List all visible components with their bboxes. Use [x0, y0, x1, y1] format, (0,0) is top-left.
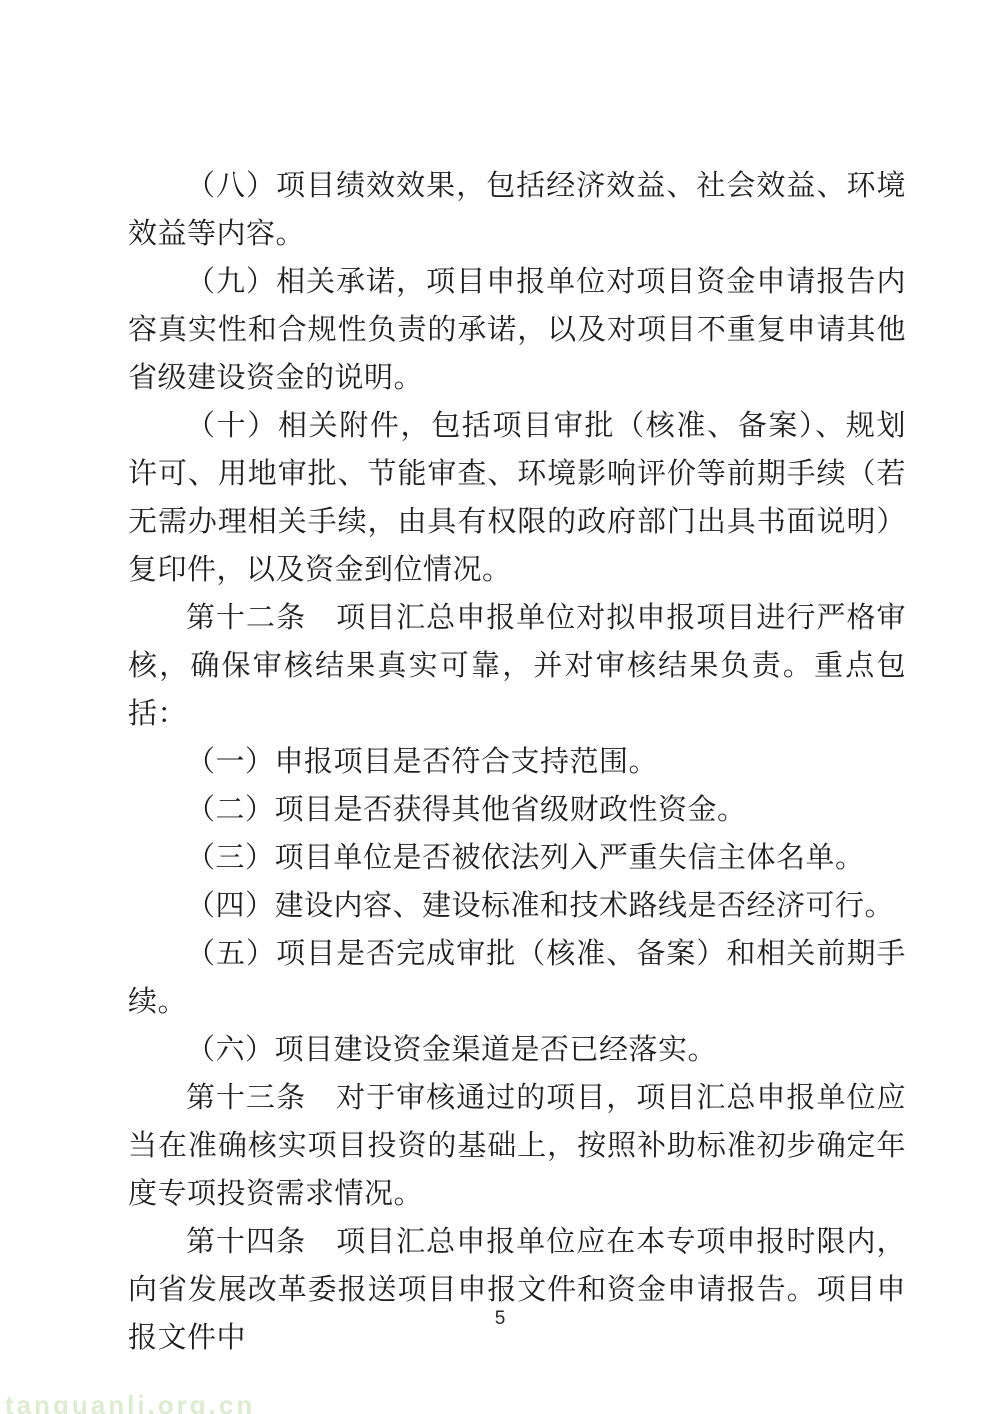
paragraph-list-item-6: （六）项目建设资金渠道是否已经落实。	[128, 1026, 906, 1074]
paragraph-list-item-4: （四）建设内容、建设标准和技术路线是否经济可行。	[128, 882, 906, 930]
paragraph-article-13: 第十三条 对于审核通过的项目，项目汇总申报单位应当在准确核实项目投资的基础上，按…	[128, 1074, 906, 1218]
document-page: （八）项目绩效效果，包括经济效益、社会效益、环境效益等内容。 （九）相关承诺，项…	[0, 0, 1000, 1414]
paragraph-item-10: （十）相关附件，包括项目审批（核准、备案）、规划许可、用地审批、节能审查、环境影…	[128, 402, 906, 594]
paragraph-article-14: 第十四条 项目汇总申报单位应在本专项申报时限内，向省发展改革委报送项目申报文件和…	[128, 1218, 906, 1362]
paragraph-list-item-2: （二）项目是否获得其他省级财政性资金。	[128, 786, 906, 834]
paragraph-item-9: （九）相关承诺，项目申报单位对项目资金申请报告内容真实性和合规性负责的承诺，以及…	[128, 258, 906, 402]
watermark: tanguanli.org.cn	[5, 1390, 255, 1414]
paragraph-item-8: （八）项目绩效效果，包括经济效益、社会效益、环境效益等内容。	[128, 162, 906, 258]
page-number: 5	[0, 1308, 1000, 1330]
paragraph-list-item-3: （三）项目单位是否被依法列入严重失信主体名单。	[128, 834, 906, 882]
paragraph-list-item-1: （一）申报项目是否符合支持范围。	[128, 738, 906, 786]
paragraph-article-12: 第十二条 项目汇总申报单位对拟申报项目进行严格审核，确保审核结果真实可靠，并对审…	[128, 594, 906, 738]
paragraph-list-item-5: （五）项目是否完成审批（核准、备案）和相关前期手续。	[128, 930, 906, 1026]
document-body: （八）项目绩效效果，包括经济效益、社会效益、环境效益等内容。 （九）相关承诺，项…	[128, 162, 906, 1362]
